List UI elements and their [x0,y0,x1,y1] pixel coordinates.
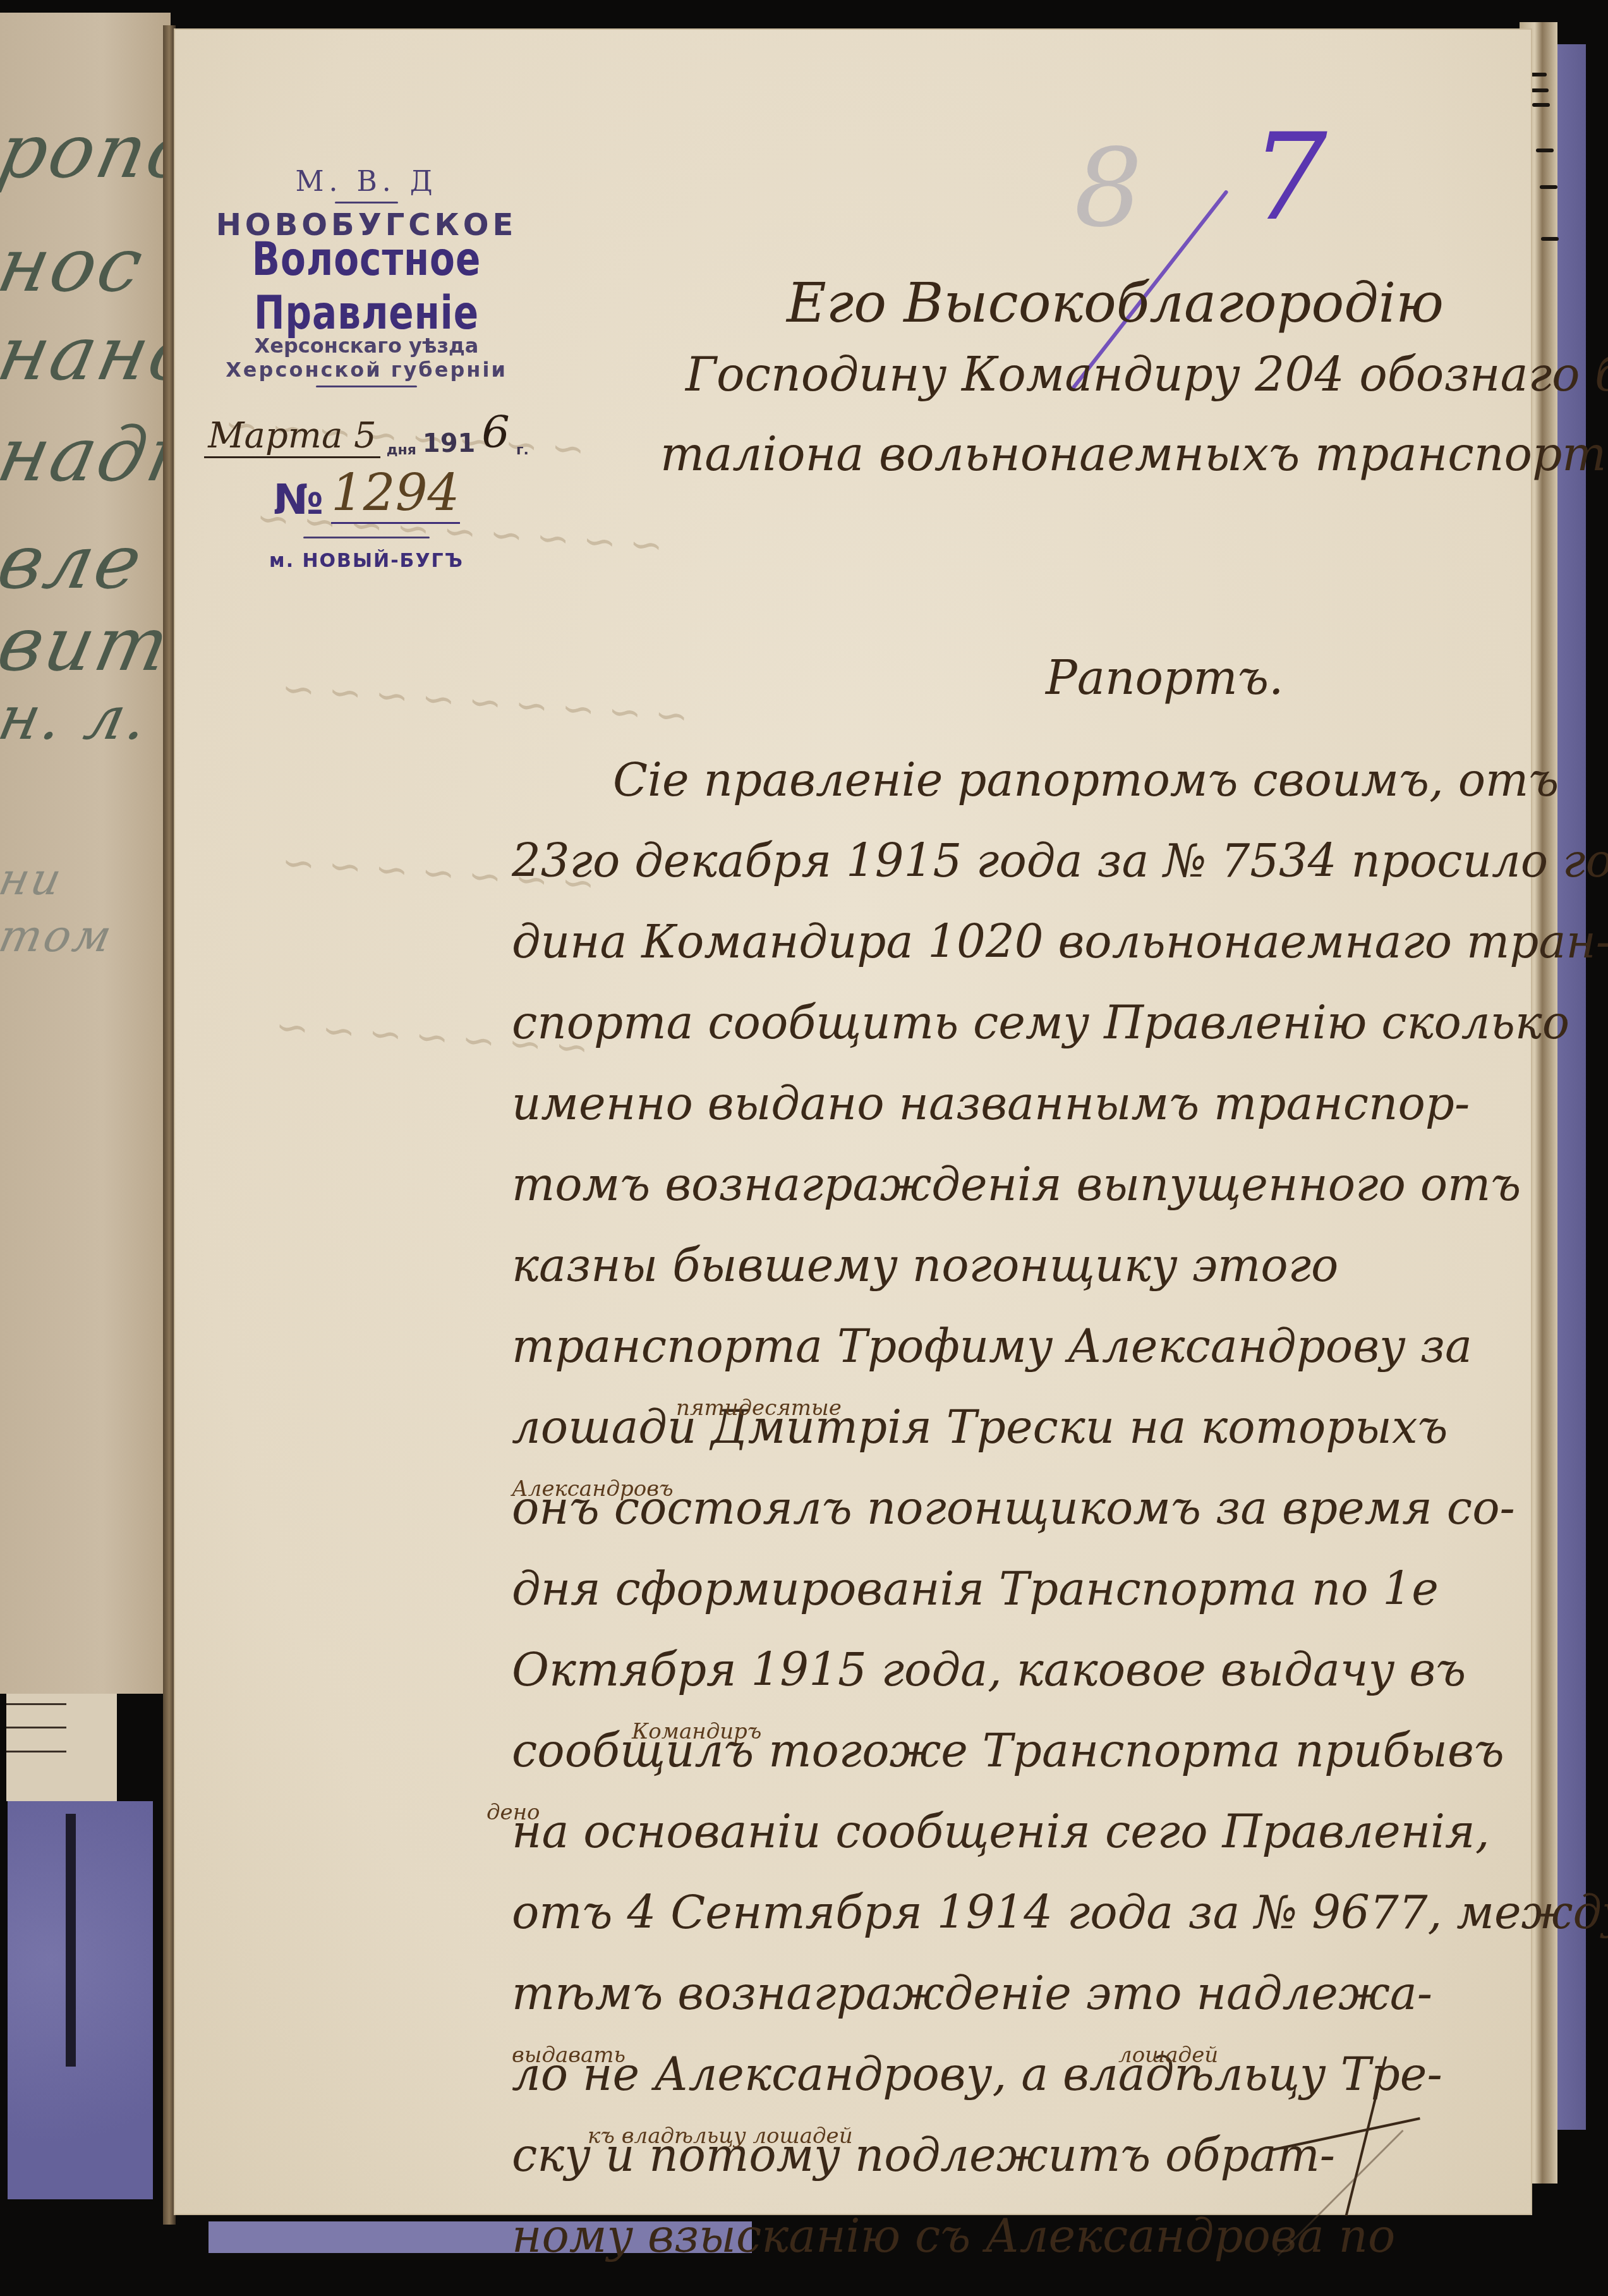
body-line-text: Октября 1915 года, каковое выдачу въ [512,1643,1466,1696]
body-line-text: 23го декабря 1915 года за № 7534 просило… [512,834,1608,887]
body-line: спорта сообщить сему Правленію сколько [512,982,1535,1063]
stamp-number: № 1294 [190,463,543,524]
stamp-date-year-suffix: г. [516,442,529,458]
stamp-date-month: Марта 5 [204,415,380,458]
body-line: дня сформированія Транспорта по 1е [512,1548,1535,1629]
addressee-line: Его Высокоблагородію [641,272,1538,335]
addressee-line: таліона вольнонаемныхъ транспортовъ [641,427,1538,482]
stamp-place: м. НОВЫЙ-БУГЪ [190,550,543,572]
body-line-text: ному взысканію съ Александрова по [512,2209,1395,2263]
body-line-text: отъ 4 Сентября 1914 года за № 9677, межд… [512,1886,1608,1939]
body-line-text: Сіе правленіе рапортомъ своимъ, отъ [613,753,1559,806]
stamp-date: Марта 5 дня 191 6 г. [190,406,543,458]
body-line: томъ вознагражденія выпущенного отъ [512,1144,1535,1225]
body-line: отъ 4 Сентября 1914 года за № 9677, межд… [512,1872,1535,1953]
pencil-mark: 8 [1074,126,1142,252]
body-line-text: томъ вознагражденія выпущенного отъ [512,1158,1521,1211]
body-line-text: на основаніи сообщенія сего Правленія, [512,1805,1490,1858]
body-line-text: казны бывшему погонщику этого [512,1239,1338,1292]
stamp-province: Херсонской губерніи [190,358,543,382]
body-line: транспорта Трофиму Александрову за [512,1306,1535,1387]
stamp-date-year-digit: 6 [481,406,510,458]
report-body: Сіе правленіе рапортомъ своимъ, отъ 23го… [512,739,1535,2276]
stamp-date-year: 191 [423,429,476,458]
body-line-text: тѣмъ вознагражденіе это надлежа- [512,1967,1432,2020]
addressee-block: Его Высокоблагородію Господину Командиру… [641,272,1538,482]
body-line: Александровъ онъ состоялъ погонщикомъ за… [512,1467,1535,1548]
body-line-text: дина Командира 1020 вольнонаемнаго тран- [512,915,1608,968]
underlying-text-line: нос [0,221,153,308]
number-sign: № [274,475,323,524]
stamp-office-line2: Волостное Правленіе [190,232,543,339]
purple-folio-number: 7 [1251,107,1327,247]
addressee-line: Господину Командиру 204 обознаго ба- [641,348,1538,402]
underlying-text-line: ни [0,853,68,905]
index-card-tab [6,1694,117,1801]
stamp-ornament [316,386,417,387]
blue-folder-cover [8,1801,153,2199]
body-line: 23го декабря 1915 года за № 7534 просило… [512,820,1535,901]
interlinear-insertion: выдавать [512,2015,626,2096]
stamp-ornament [303,537,430,538]
stamp-ministry: М. В. Д [190,166,543,198]
body-line-text: именно выдано названнымъ транспор- [512,1077,1470,1130]
interlinear-insertion: Александровъ [512,1449,674,1529]
body-line: дина Командира 1020 вольнонаемнаго тран- [512,901,1535,982]
stamp-number-value: 1294 [331,463,460,524]
body-line-text: лошади Дмитрія Трески на которыхъ [512,1400,1448,1454]
interlinear-insertion: дено [487,1772,540,1853]
stamp-ornament [335,202,398,203]
underlying-page: ропош нос нано надт вле с вит н. л. 96 н… [0,13,171,1694]
body-line-text: спорта сообщить сему Правленію сколько [512,996,1569,1049]
body-line: казны бывшему погонщику этого [512,1225,1535,1306]
body-line-text: транспорта Трофиму Александрову за [512,1320,1472,1373]
body-line: ному взысканію съ Александрова по [512,2196,1535,2276]
document-title: Рапортъ. [1046,651,1284,705]
ink-bleed-through: ~ ~ ~ ~ ~ ~ ~ ~ ~ [280,665,690,741]
body-line: тѣмъ вознагражденіе это надлежа- [512,1953,1535,2034]
interlinear-insertion: Командиръ [632,1691,762,1772]
body-line: именно выдано названнымъ транспор- [512,1063,1535,1144]
body-line-text: дня сформированія Транспорта по 1е [512,1562,1439,1615]
body-line: Сіе правленіе рапортомъ своимъ, отъ [512,739,1535,820]
underlying-text-line: вит [0,600,179,688]
interlinear-insertion: къ владѣльцу лошадей [588,2096,853,2177]
body-line: дено на основаніи сообщенія сего Правлен… [512,1791,1535,1872]
stamp-date-day-word: дня [387,442,416,458]
body-line: Командиръ сообщилъ тогоже Транспорта при… [512,1710,1535,1791]
interlinear-insertion: пятидесятые [676,1368,842,1449]
interlinear-insertion: лошадей [1118,2015,1218,2096]
underlying-text-line: том [0,910,118,962]
body-line-text: ло не Александрову, а владѣльцу Тре- [512,2048,1442,2101]
office-stamp: М. В. Д НОВОБУГСКОЕ Волостное Правленіе … [190,166,543,572]
